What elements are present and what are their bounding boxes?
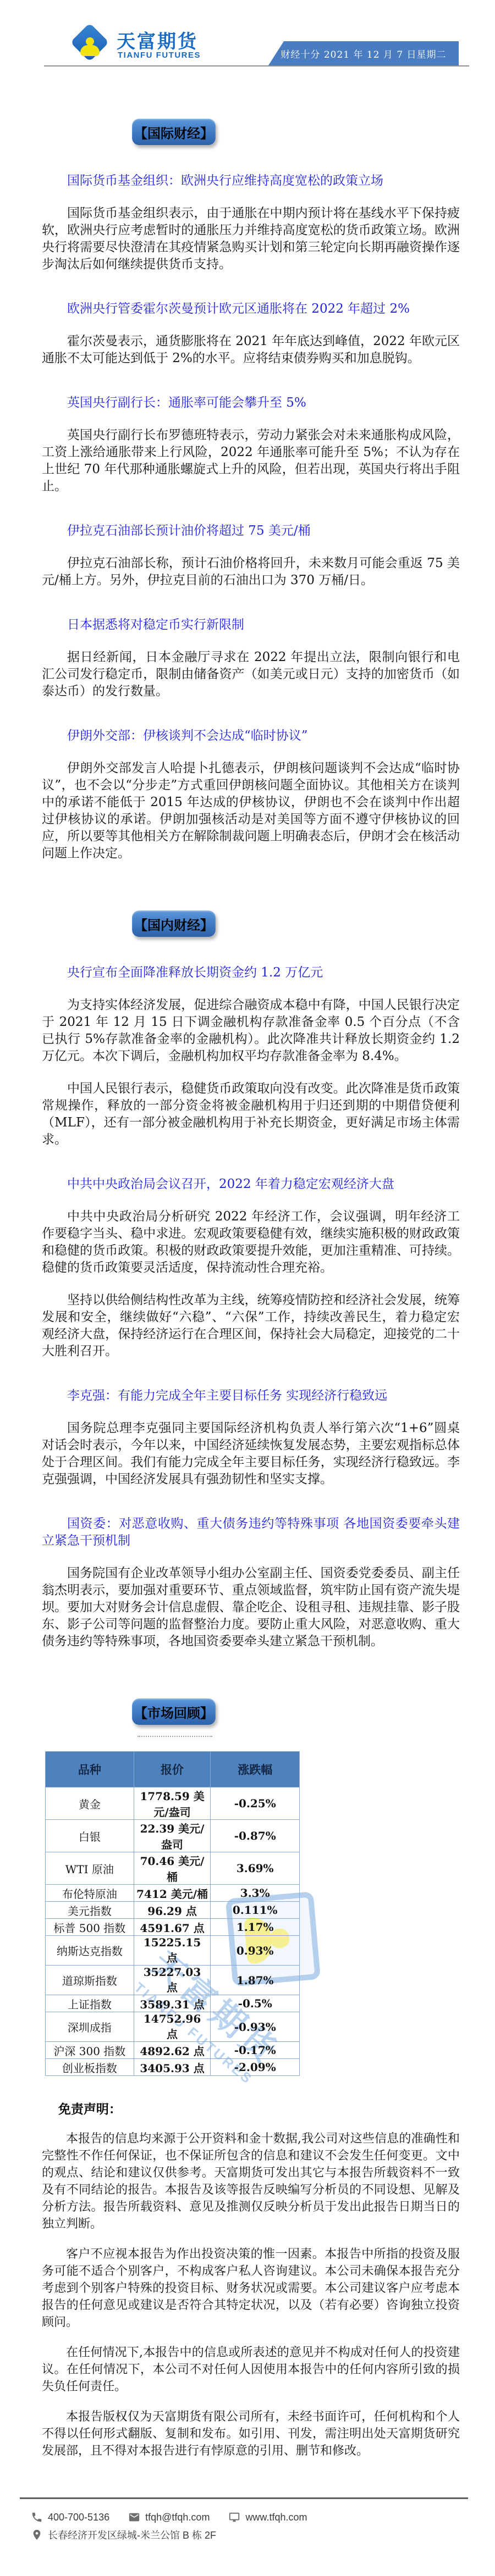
column-header-instrument: 品种	[46, 1752, 134, 1787]
news-paragraph: 国际货币基金组织表示，由于通胀在中期内预计将在基线水平下保持疲软，欧洲央行应考虑…	[42, 205, 460, 273]
footer-address-text: 长春经济开发区绿城-米兰公馆 B 栋 2F	[48, 2528, 216, 2542]
news-item: 日本据悉将对稳定币实行新限制 据日经新闻，日本金融厅寻求在 2022 年提出立法…	[42, 617, 460, 700]
logo-name-en: TIANFU FUTURES	[118, 51, 201, 60]
disclaimer: 免责声明： 本报告的信息均来源于公开资料和金十数据,我公司对这些信息的准确性和完…	[42, 2099, 460, 2460]
logo-person-body-icon	[80, 45, 100, 56]
table-row: 黄金1778.59 美元/盎司-0.25%	[46, 1787, 300, 1820]
quote-cell: 3405.93 点	[134, 2059, 211, 2076]
quote-cell: 70.46 美元/桶	[134, 1852, 211, 1885]
quote-cell: 1778.59 美元/盎司	[134, 1787, 211, 1820]
change-cell: -0.17%	[211, 2042, 300, 2059]
instrument-cell: 上证指数	[46, 1995, 134, 2012]
instrument-cell: 布伦特原油	[46, 1885, 134, 1902]
table-row: 沪深 300 指数4892.62 点-0.17%	[46, 2042, 300, 2059]
table-row: 创业板指数3405.93 点-2.09%	[46, 2059, 300, 2076]
news-item: 欧洲央行管委霍尔茨曼预计欧元区通胀将在 2022 年超过 2% 霍尔茨曼表示，通…	[42, 301, 460, 367]
table-row: 道琼斯指数35227.03 点1.87%	[46, 1966, 300, 1995]
news-headline: 英国央行副行长：通胀率可能会攀升至 5%	[42, 395, 460, 412]
monitor-icon	[228, 2511, 240, 2523]
instrument-cell: WTI 原油	[46, 1852, 134, 1885]
news-item: 伊拉克石油部长预计油价将超过 75 美元/桶 伊拉克石油部长称，预计石油价格将回…	[42, 523, 460, 589]
quote-cell: 15225.15 点	[134, 1936, 211, 1966]
change-cell: 3.3%	[211, 1885, 300, 1902]
section-header-market-review: 【市场回顾】	[132, 1698, 216, 1725]
instrument-cell: 黄金	[46, 1787, 134, 1820]
quote-cell: 22.39 美元/盎司	[134, 1820, 211, 1852]
change-cell: -0.93%	[211, 2012, 300, 2042]
news-paragraph: 国务院总理李克强同主要国际经济机构负责人举行第六次“1+6”圆桌对话会时表示，今…	[42, 1420, 460, 1488]
change-cell: 3.69%	[211, 1852, 300, 1885]
instrument-cell: 美元指数	[46, 1902, 134, 1919]
footer-phone-text: 400-700-5136	[48, 2512, 109, 2523]
news-paragraph: 英国央行副行长布罗德班特表示，劳动力紧张会对未来通胀构成风险，工资上涨给通胀带来…	[42, 427, 460, 495]
header-divider	[44, 65, 469, 66]
news-item: 国资委：对恶意收购、重大债务违约等特殊事项 各地国资委要牵头建立紧急干预机制 国…	[42, 1515, 460, 1650]
news-paragraph: 坚持以供给侧结构性改革为主线，统筹疫情防控和经济社会发展，统筹发展和安全，继续做…	[42, 1292, 460, 1360]
change-cell: 0.111%	[211, 1902, 300, 1919]
footer-website-text: www.tfqh.com	[245, 2512, 307, 2523]
location-pin-icon	[31, 2529, 43, 2541]
quote-cell: 35227.03 点	[134, 1966, 211, 1995]
change-cell: -0.25%	[211, 1787, 300, 1820]
news-paragraph: 中国人民银行表示，稳健货币政策取向没有改变。此次降准是货币政策常规操作，释放的一…	[42, 1080, 460, 1148]
news-item: 中共中央政治局会议召开，2022 年着力稳定宏观经济大盘 中共中央政治局分析研究…	[42, 1176, 460, 1360]
instrument-cell: 标普 500 指数	[46, 1919, 134, 1936]
news-item: 英国央行副行长：通胀率可能会攀升至 5% 英国央行副行长布罗德班特表示，劳动力紧…	[42, 395, 460, 495]
footer-divider	[20, 2497, 468, 2499]
quote-cell: 96.29 点	[134, 1902, 211, 1919]
disclaimer-paragraph: 本报告版权仅为天富期货有限公司所有，未经书面许可，任何机构和个人不得以任何形式翻…	[42, 2408, 460, 2460]
news-paragraph: 伊朗外交部发言人哈提卜扎德表示，伊朗核问题谈判不会达成“临时协议”，也不会以“分…	[42, 760, 460, 862]
news-headline: 伊朗外交部：伊核谈判不会达成“临时协议”	[42, 728, 460, 745]
quote-cell: 14752.96 点	[134, 2012, 211, 2042]
table-row: 标普 500 指数4591.67 点1.17%	[46, 1919, 300, 1936]
disclaimer-paragraph: 客户不应视本报告为作出投资决策的惟一因素。本报告中所指的投资及服务可能不适合个别…	[42, 2246, 460, 2331]
footer-website: www.tfqh.com	[228, 2511, 307, 2523]
instrument-cell: 白银	[46, 1820, 134, 1852]
news-headline: 欧洲央行管委霍尔茨曼预计欧元区通胀将在 2022 年超过 2%	[42, 301, 460, 318]
instrument-cell: 创业板指数	[46, 2059, 134, 2076]
column-header-change: 涨跌幅	[211, 1752, 300, 1787]
main-content: 【国际财经】 国际货币基金组织：欧洲央行应维持高度宽松的政策立场 国际货币基金组…	[0, 119, 495, 2460]
column-header-quote: 报价	[134, 1752, 211, 1787]
news-headline: 日本据悉将对稳定币实行新限制	[42, 617, 460, 634]
news-item: 央行宣布全面降准释放长期资金约 1.2 万亿元 为支持实体经济发展，促进综合融资…	[42, 964, 460, 1148]
table-row: 美元指数96.29 点0.111%	[46, 1902, 300, 1919]
news-headline: 伊拉克石油部长预计油价将超过 75 美元/桶	[42, 523, 460, 540]
change-cell: -0.87%	[211, 1820, 300, 1852]
news-paragraph: 为支持实体经济发展，促进综合融资成本稳中有降，中国人民银行决定于 2021 年 …	[42, 997, 460, 1065]
market-review-table: 品种 报价 涨跌幅 黄金1778.59 美元/盎司-0.25%白银22.39 美…	[45, 1751, 300, 2076]
news-paragraph: 国务院国有企业改革领导小组办公室副主任、国资委党委委员、副主任翁杰明表示，要加强…	[42, 1565, 460, 1650]
table-row: 深圳成指14752.96 点-0.93%	[46, 2012, 300, 2042]
disclaimer-paragraph: 在任何情况下,本报告中的信息或所表述的意见并不构成对任何人的投资建议。在任何情况…	[42, 2344, 460, 2395]
news-headline: 央行宣布全面降准释放长期资金约 1.2 万亿元	[42, 964, 460, 981]
news-item: 李克强：有能力完成全年主要目标任务 实现经济行稳致远 国务院总理李克强同主要国际…	[42, 1387, 460, 1488]
section-header-international: 【国际财经】	[132, 119, 216, 145]
change-cell: 1.87%	[211, 1966, 300, 1995]
logo-person-icon	[86, 37, 94, 46]
page-header: 天富期货 TIANFU FUTURES 财经十分 2021 年 12 月 7 日…	[0, 0, 495, 66]
dotted-divider	[137, 1736, 212, 1737]
company-logo: 天富期货 TIANFU FUTURES	[73, 25, 216, 64]
table-row: 上证指数3589.31 点-0.5%	[46, 1995, 300, 2012]
footer-phone: 400-700-5136	[31, 2511, 109, 2523]
news-paragraph: 伊拉克石油部长称，预计石油价格将回升，未来数月可能会重返 75 美元/桶上方。另…	[42, 555, 460, 589]
change-cell: 0.93%	[211, 1936, 300, 1966]
logo-name-zh: 天富期货	[117, 26, 198, 53]
table-row: 纳斯达克指数15225.15 点0.93%	[46, 1936, 300, 1966]
table-row: 布伦特原油7412 美元/桶3.3%	[46, 1885, 300, 1902]
news-headline: 李克强：有能力完成全年主要目标任务 实现经济行稳致远	[42, 1387, 460, 1404]
table-row: WTI 原油70.46 美元/桶3.69%	[46, 1852, 300, 1885]
footer-email: tfqh@tfqh.com	[128, 2511, 210, 2523]
instrument-cell: 道琼斯指数	[46, 1966, 134, 1995]
news-headline: 国资委：对恶意收购、重大债务违约等特殊事项 各地国资委要牵头建立紧急干预机制	[42, 1515, 460, 1550]
instrument-cell: 深圳成指	[46, 2012, 134, 2042]
news-paragraph: 霍尔茨曼表示，通货膨胀将在 2021 年年底达到峰值，2022 年欧元区通胀不太…	[42, 333, 460, 367]
news-headline: 国际货币基金组织：欧洲央行应维持高度宽松的政策立场	[42, 173, 460, 190]
news-paragraph: 据日经新闻，日本金融厅寻求在 2022 年提出立法，限制向银行和电汇公司发行稳定…	[42, 649, 460, 700]
instrument-cell: 沪深 300 指数	[46, 2042, 134, 2059]
page-footer: 400-700-5136 tfqh@tfqh.com www.tfqh.com …	[31, 2507, 326, 2542]
quote-cell: 7412 美元/桶	[134, 1885, 211, 1902]
news-item: 伊朗外交部：伊核谈判不会达成“临时协议” 伊朗外交部发言人哈提卜扎德表示，伊朗核…	[42, 728, 460, 862]
news-paragraph: 中共中央政治局分析研究 2022 年经济工作，会议强调，明年经济工作要稳字当头、…	[42, 1208, 460, 1276]
section-header-domestic: 【国内财经】	[132, 911, 216, 937]
news-item: 国际货币基金组织：欧洲央行应维持高度宽松的政策立场 国际货币基金组织表示，由于通…	[42, 173, 460, 273]
instrument-cell: 纳斯达克指数	[46, 1936, 134, 1966]
phone-icon	[31, 2511, 43, 2523]
change-cell: -2.09%	[211, 2059, 300, 2076]
quote-cell: 3589.31 点	[134, 1995, 211, 2012]
table-header-row: 品种 报价 涨跌幅	[46, 1752, 300, 1787]
change-cell: 1.17%	[211, 1919, 300, 1936]
news-headline: 中共中央政治局会议召开，2022 年着力稳定宏观经济大盘	[42, 1176, 460, 1193]
envelope-icon	[128, 2511, 140, 2523]
table-row: 白银22.39 美元/盎司-0.87%	[46, 1820, 300, 1852]
disclaimer-heading: 免责声明：	[42, 2099, 460, 2117]
quote-cell: 4892.62 点	[134, 2042, 211, 2059]
footer-address: 长春经济开发区绿城-米兰公馆 B 栋 2F	[31, 2528, 216, 2542]
footer-email-text: tfqh@tfqh.com	[145, 2512, 210, 2523]
quote-cell: 4591.67 点	[134, 1919, 211, 1936]
change-cell: -0.5%	[211, 1995, 300, 2012]
disclaimer-paragraph: 本报告的信息均来源于公开资料和金十数据,我公司对这些信息的准确性和完整性不作任何…	[42, 2130, 460, 2233]
issue-date-banner: 财经十分 2021 年 12 月 7 日星期二	[268, 41, 459, 65]
